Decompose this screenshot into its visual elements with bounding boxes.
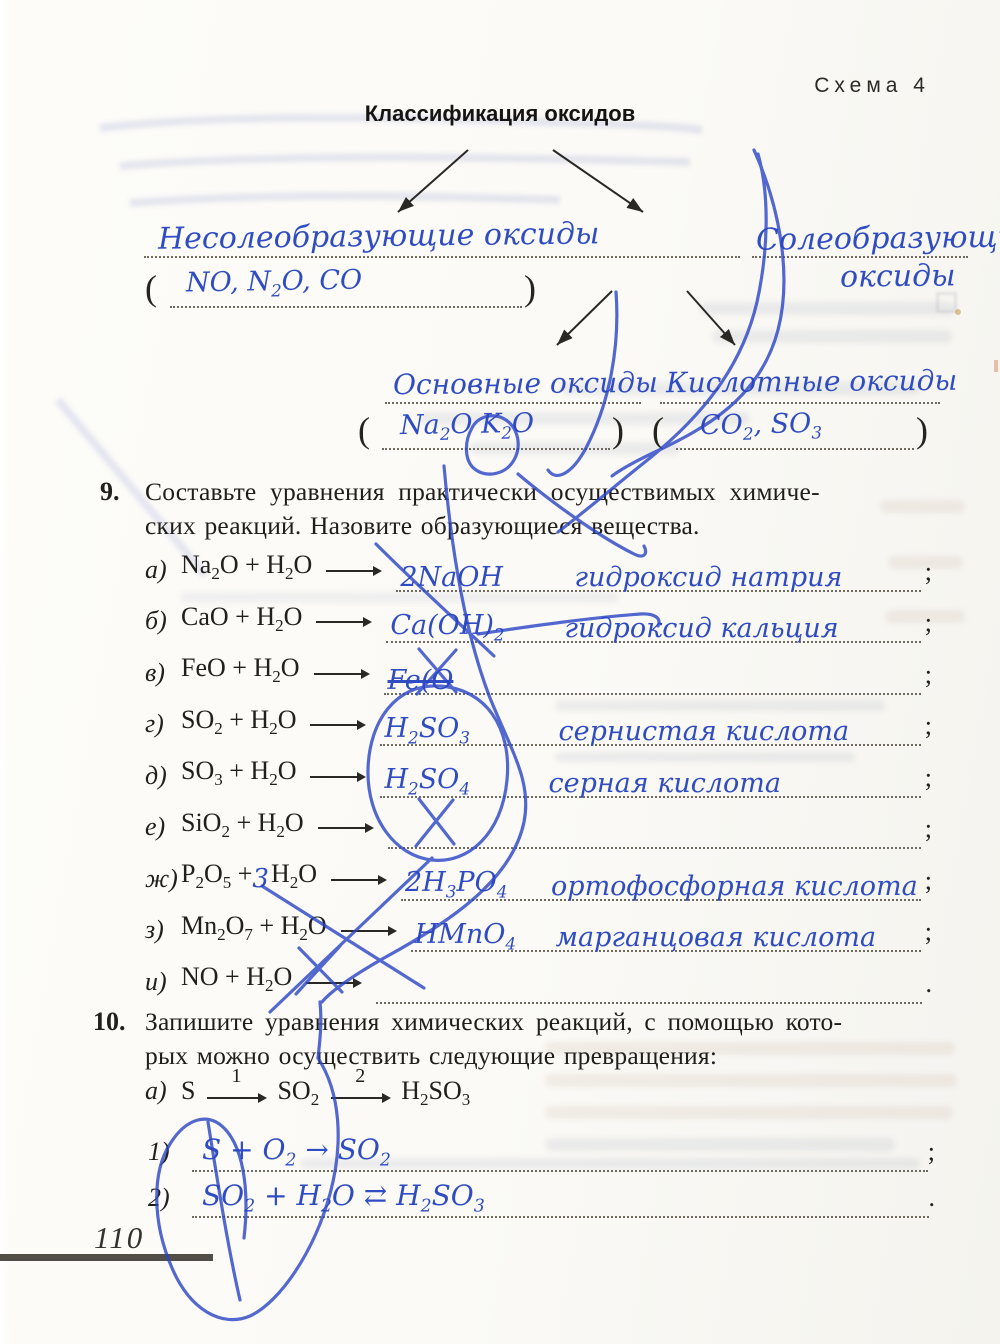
row-label: 2) (148, 1183, 192, 1218)
chain-end-formula: H2SO3 (401, 1076, 470, 1110)
hw-basic-oxides-label: Основные оксиды (393, 366, 658, 401)
row-label: б) (145, 606, 181, 643)
row-punctuation: ; (925, 917, 932, 952)
bleed-line (545, 1106, 953, 1119)
row-punctuation: ; (925, 660, 932, 695)
hw-salt-oxides-label-1: Солеобразующие (756, 219, 1000, 257)
answer-blank: 2NaOH гидроксид натрия (396, 544, 920, 592)
exercise-9-equations: а) Na2O + H2O 2NaOH гидроксид натрия ; б… (145, 540, 932, 1004)
exercise-9-number: 9. (100, 477, 120, 507)
bleed-line (880, 500, 965, 513)
hw-nonsalt-examples: NO, N2O, CO (186, 264, 363, 301)
footer-bar (0, 1254, 213, 1261)
row-punctuation: ; (928, 1137, 935, 1172)
bleed-line (712, 330, 952, 343)
hw-equation: S + O2 → SO2 (202, 1133, 391, 1171)
hw-answer-formula: Ca(OH)2 (390, 610, 504, 644)
hw-answer-formula: H2SO4 (384, 764, 470, 798)
paren-open: ( (358, 412, 370, 448)
hw-nonsalt-oxides-label: Несолеобразующие оксиды (158, 216, 600, 256)
answer-blank: 2H3PO4 ортофосфорная кислота (401, 853, 921, 901)
exercise-9-text-line1: Составьте уравнения практически осуществ… (145, 477, 820, 507)
bleed-checkbox-ghost (936, 292, 957, 313)
equation-row-e: е) SiO2 + H2O ; (145, 798, 932, 850)
hw-answer-formula: H2SO3 (384, 713, 470, 747)
hw-crossed-out-answer: Fe(O (388, 665, 454, 696)
hw-equation: SO2 + H2O ⇄ H2SO3 (202, 1179, 485, 1217)
answer-blank: H2SO4 серная кислота (380, 750, 920, 798)
chain-mid-formula: SO2 (277, 1076, 319, 1110)
reaction-arrow (310, 776, 364, 778)
answer-blank: H2SO3 сернистая кислота (380, 698, 920, 746)
equation-row-a: а) Na2O + H2O 2NaOH гидроксид натрия ; (145, 540, 932, 592)
answer-blank: Fe(O (384, 647, 921, 695)
paren-close: ) (916, 412, 928, 448)
blank-line (144, 256, 740, 258)
equation-row-b: б) CaO + H2O Ca(OH)2 гидроксид кальция ; (145, 592, 932, 644)
equation-row-i: и) NO + H2O . (145, 952, 932, 1004)
reaction-arrow (310, 724, 364, 726)
hw-acidic-oxides-label: Кислотные оксиды (666, 364, 957, 400)
reaction-arrow (331, 879, 385, 881)
equation-row-1: 1) S + O2 → SO2 ; (148, 1126, 935, 1172)
answer-blank: S + O2 → SO2 (192, 1126, 928, 1172)
equation-row-d: д) SO3 + H2O H2SO4 серная кислота ; (145, 746, 932, 798)
reactants-formula: NO + H2O (181, 962, 292, 1003)
page-number: 110 (94, 1220, 144, 1256)
scheme-number-label: Схема 4 (814, 74, 930, 98)
answer-blank-empty (376, 956, 921, 1004)
paren-open: ( (145, 270, 157, 306)
row-label: а) (145, 555, 181, 592)
hw-acidic-examples: CO2, SO3 (700, 408, 822, 445)
bleed-line (700, 302, 955, 315)
reaction-arrow-crossed (314, 673, 368, 675)
workbook-page: Схема 4 Классификация оксидов Несолеобра… (0, 0, 1000, 1344)
reactants-formula: SO2 + H2O (181, 705, 296, 746)
row-punctuation: . (926, 969, 933, 1004)
hw-answer-name: сернистая кислота (558, 716, 849, 747)
hw-answer-formula: 2NaOH (400, 562, 503, 593)
hw-answer-name: гидроксид кальция (564, 613, 838, 644)
reactants-formula: FeO + H2O (181, 653, 300, 694)
step-arrow-1: 1 (207, 1097, 265, 1099)
hw-answer-name: ортофосфорная кислота (551, 871, 918, 902)
row-label: д) (145, 761, 181, 798)
bleed-line (545, 1074, 957, 1087)
step-number: 2 (355, 1065, 365, 1088)
blank-line (382, 448, 610, 450)
equation-row-2: 2) SO2 + H2O ⇄ H2SO3 . (148, 1172, 935, 1218)
row-label: з) (145, 915, 181, 952)
reactants-formula: CaO + H2O (181, 602, 302, 643)
row-punctuation: ; (925, 557, 932, 592)
row-label: а) (145, 1076, 181, 1106)
row-label: и) (145, 967, 181, 1004)
equation-row-zh: ж) P2O5 + 3 H2O 2H3PO4 ортофосфорная кис… (145, 849, 932, 901)
equation-row-v: в) FeO + H2O Fe(O ; (145, 643, 932, 695)
row-label: е) (145, 812, 181, 849)
hw-answer-name: марганцовая кислота (556, 922, 876, 953)
paren-close: ) (524, 270, 536, 306)
reactants-formula: SiO2 + H2O (181, 808, 304, 849)
hw-answer-name: гидроксид натрия (574, 562, 842, 593)
reactants-formula: Na2O + H2O (181, 550, 312, 591)
row-punctuation: ; (925, 711, 932, 746)
row-punctuation: ; (925, 814, 932, 849)
hw-answer-name: серная кислота (548, 768, 781, 799)
equation-row-z: з) Mn2O7 + H2O HMnO4 марганцовая кислота… (145, 901, 932, 953)
row-label: 1) (148, 1137, 192, 1172)
reactants-formula: P2O5 + (181, 859, 252, 900)
answer-blank-empty (388, 801, 921, 849)
step-arrow-2: 2 (331, 1097, 389, 1099)
exercise-10-number: 10. (93, 1007, 126, 1037)
scheme-title: Классификация оксидов (0, 101, 1000, 127)
blank-line (660, 402, 940, 404)
reactants-formula: SO3 + H2O (181, 756, 296, 797)
transformation-chain: а) S 1 SO2 2 H2SO3 (145, 1076, 470, 1110)
row-punctuation: ; (925, 608, 932, 643)
row-punctuation: ; (925, 763, 932, 798)
answer-blank: Ca(OH)2 гидроксид кальция (386, 595, 920, 643)
reaction-arrow (326, 570, 380, 572)
equation-row-g: г) SO2 + H2O H2SO3 сернистая кислота ; (145, 695, 932, 747)
hw-basic-examples: Na2O K2O (400, 408, 535, 445)
row-label: ж) (145, 864, 181, 901)
reaction-arrow-crossed (318, 827, 372, 829)
reaction-arrow-crossed (306, 982, 360, 984)
paper-speck (994, 360, 998, 372)
row-label: г) (145, 709, 181, 746)
chain-start-formula: S (181, 1076, 195, 1106)
reactants-formula: Mn2O7 + H2O (181, 911, 327, 952)
answer-blank: SO2 + H2O ⇄ H2SO3 (192, 1172, 929, 1218)
row-label: в) (145, 658, 181, 695)
reaction-arrow (341, 930, 395, 932)
reaction-arrow (316, 621, 370, 623)
hw-answer-formula: HMnO4 (415, 919, 516, 953)
row-punctuation: . (929, 1183, 936, 1218)
hw-salt-oxides-label-2: оксиды (840, 258, 956, 294)
reactants-formula: H2O (271, 859, 317, 900)
hw-inserted-coefficient: 3 (252, 864, 269, 901)
paren-close: ) (612, 412, 624, 448)
blank-line (170, 306, 522, 308)
exercise-9-text-line2: ских реакций. Назовите образующиеся веще… (145, 511, 700, 541)
paren-open: ( (652, 412, 664, 448)
step-number: 1 (231, 1065, 241, 1088)
row-punctuation: ; (925, 866, 932, 901)
answer-blank: HMnO4 марганцовая кислота (411, 904, 921, 952)
blank-line (676, 448, 914, 450)
exercise-10-text-line1: Запишите уравнения химических реакций, с… (145, 1007, 842, 1037)
blank-line (385, 402, 641, 404)
hw-answer-formula: 2H3PO4 (405, 867, 507, 901)
paper-speck (955, 309, 961, 315)
